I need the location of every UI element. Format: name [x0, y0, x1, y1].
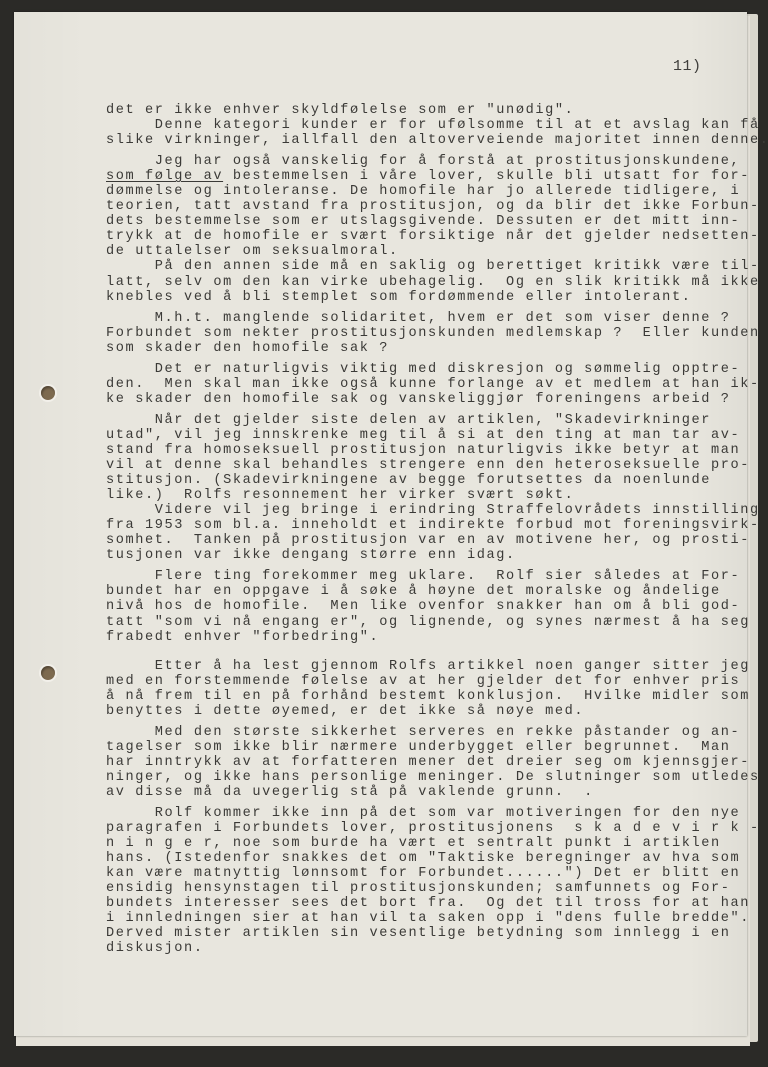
text-line: Rolf kommer ikke inn på det som var moti…: [106, 806, 726, 821]
text-line: tusjonen var ikke dengang større enn ida…: [106, 548, 726, 563]
text-line: paragrafen i Forbundets lover, prostitus…: [106, 821, 726, 836]
text-line: fra 1953 som bl.a. inneholdt et indirekt…: [106, 518, 726, 533]
text-line: På den annen side må en saklig og berett…: [106, 259, 726, 274]
text-line: vil at denne skal behandles strengere en…: [106, 458, 726, 473]
text-line: bundets interesser sees det bort fra. Og…: [106, 896, 726, 911]
text-line: Det er naturligvis viktig med diskresjon…: [106, 362, 726, 377]
paragraph: Når det gjelder siste delen av artiklen,…: [106, 413, 726, 503]
text-line: dømmelse og intoleranse. De homofile har…: [106, 184, 726, 199]
text-line: å nå frem til en på forhånd bestemt konk…: [106, 689, 726, 704]
paragraph: Rolf kommer ikke inn på det som var moti…: [106, 806, 726, 956]
text-line: hans. (Istedenfor snakkes det om "Taktis…: [106, 851, 726, 866]
paragraph-gap: [106, 645, 726, 659]
text-line: utad", vil jeg innskrenke meg til å si a…: [106, 428, 726, 443]
text-line: i innledningen sier at han vil ta saken …: [106, 911, 726, 926]
text-line: ninger, og ikke hans personlige meninger…: [106, 770, 726, 785]
text-line: benyttes i dette øyemed, er det ikke så …: [106, 704, 726, 719]
text-line: stand fra homoseksuell prostitusjon natu…: [106, 443, 726, 458]
text-line: av disse må da uvegerlig stå på vaklende…: [106, 785, 726, 800]
text-line: som følge av bestemmelsen i våre lover, …: [106, 169, 726, 184]
paragraph: Flere ting forekommer meg uklare. Rolf s…: [106, 569, 726, 644]
text-line: trykk at de homofile er svært forsiktige…: [106, 229, 726, 244]
text-line: like.) Rolfs resonnement her virker svær…: [106, 488, 726, 503]
text-line: bundet har en oppgave i å søke å høyne d…: [106, 584, 726, 599]
text-line: de uttalelser om seksualmoral.: [106, 244, 726, 259]
paragraph: Med den største sikkerhet serveres en re…: [106, 725, 726, 800]
text-line: diskusjon.: [106, 941, 726, 956]
text-line: stitusjon. (Skadevirkningene av begge fo…: [106, 473, 726, 488]
text-line: Derved mister artiklen sin vesentlige be…: [106, 926, 726, 941]
underlined-phrase: som følge av: [106, 169, 223, 184]
text-line: tatt "som vi nå engang er", og lignende,…: [106, 615, 726, 630]
text-line: Denne kategori kunder er for ufølsomme t…: [106, 118, 726, 133]
text-line: det er ikke enhver skyldfølelse som er "…: [106, 103, 726, 118]
punch-hole-icon: [41, 386, 55, 400]
text-line: Videre vil jeg bringe i erindring Straff…: [106, 503, 726, 518]
text-line: Etter å ha lest gjennom Rolfs artikkel n…: [106, 659, 726, 674]
paragraph: Det er naturligvis viktig med diskresjon…: [106, 362, 726, 407]
paragraph: Denne kategori kunder er for ufølsomme t…: [106, 118, 726, 148]
text-line: n i n g e r, noe som burde ha vært et se…: [106, 836, 726, 851]
text-line: Forbundet som nekter prostitusjonskunden…: [106, 326, 726, 341]
text-line: Med den største sikkerhet serveres en re…: [106, 725, 726, 740]
text-line: som skader den homofile sak ?: [106, 341, 726, 356]
paragraph: Videre vil jeg bringe i erindring Straff…: [106, 503, 726, 563]
text-line: M.h.t. manglende solidaritet, hvem er de…: [106, 311, 726, 326]
text-line: Flere ting forekommer meg uklare. Rolf s…: [106, 569, 726, 584]
text-line: Når det gjelder siste delen av artiklen,…: [106, 413, 726, 428]
text-line: slike virkninger, iallfall den altoverve…: [106, 133, 726, 148]
text-line: ensidig hensynstagen til prostitusjonsku…: [106, 881, 726, 896]
text-line: latt, selv om den kan virke ubehagelig. …: [106, 275, 726, 290]
text-line: dets bestemmelse som er utslagsgivende. …: [106, 214, 726, 229]
text-line: somhet. Tanken på prostitusjon var en av…: [106, 533, 726, 548]
paragraph: det er ikke enhver skyldfølelse som er "…: [106, 103, 726, 118]
text-line: har inntrykk av at forfatteren mener det…: [106, 755, 726, 770]
text-line: frabedt enhver "forbedring".: [106, 630, 726, 645]
document-body: det er ikke enhver skyldfølelse som er "…: [106, 103, 726, 956]
paragraph: M.h.t. manglende solidaritet, hvem er de…: [106, 311, 726, 356]
text-line: tagelser som ikke blir nærmere underbygg…: [106, 740, 726, 755]
text-line: ke skader den homofile sak og vanskeligg…: [106, 392, 726, 407]
paragraph: Etter å ha lest gjennom Rolfs artikkel n…: [106, 659, 726, 719]
paragraph: Jeg har også vanskelig for å forstå at p…: [106, 154, 726, 259]
text-line: med en forstemmende følelse av at her gj…: [106, 674, 726, 689]
page-number: 11): [673, 58, 702, 75]
text-line: teorien, tatt avstand fra prostitusjon, …: [106, 199, 726, 214]
paragraph: På den annen side må en saklig og berett…: [106, 259, 726, 304]
text-line: kan være matnyttig lønnsomt for Forbunde…: [106, 866, 726, 881]
text-line: den. Men skal man ikke også kunne forlan…: [106, 377, 726, 392]
punch-hole-icon: [41, 666, 55, 680]
text-line: knebles ved å bli stemplet som fordømmen…: [106, 290, 726, 305]
text-line: Jeg har også vanskelig for å forstå at p…: [106, 154, 726, 169]
text-line: nivå hos de homofile. Men like ovenfor s…: [106, 599, 726, 614]
